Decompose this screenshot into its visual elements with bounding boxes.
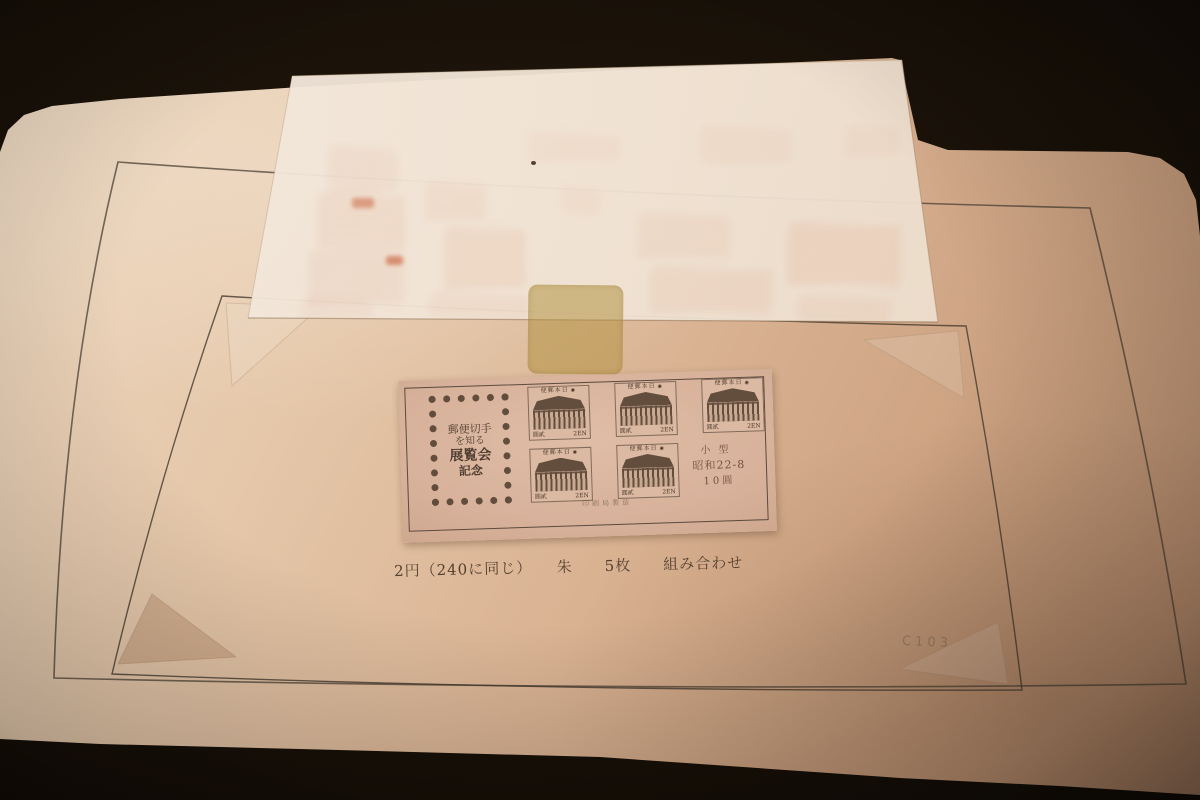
photo-scene: 郵便切手 を知る 展覧会 記念 便郵本日◉ 圓貳2EN 便郵本日◉ 圓貳2EN … (0, 0, 1200, 800)
paper-speck (531, 161, 536, 165)
ghost-print-blob (528, 133, 620, 163)
stamp-emblem-icon: ◉ (573, 448, 579, 456)
ghost-print-blob (560, 188, 602, 214)
ghost-print-blob (798, 298, 890, 322)
stamp: 便郵本日◉ 圓貳2EN (529, 447, 593, 503)
stamp: 便郵本日◉ 圓貳2EN (616, 443, 680, 499)
ghost-print-blob (700, 128, 792, 162)
stamp-building-art (533, 395, 586, 431)
stamp: 便郵本日◉ 圓貳2EN (701, 377, 765, 433)
stamp-emblem-icon: ◉ (660, 444, 666, 452)
stamp-value-right: 2EN (573, 430, 587, 438)
ghost-print-blob (424, 184, 486, 220)
stamp-value-right: 2EN (660, 426, 674, 434)
ghost-print-blob (650, 268, 772, 314)
ghost-print-blob (638, 214, 730, 260)
stamp-emblem-icon: ◉ (658, 382, 664, 390)
sheet-annotation-line: 10圓 (673, 472, 765, 490)
stamp-emblem-icon: ◉ (744, 379, 750, 387)
stamp-building-art (706, 387, 759, 423)
stamp-value-left: 圓貳 (707, 424, 719, 432)
stamp-value-left: 圓貳 (620, 427, 632, 435)
cartouche-line: を知る (455, 435, 485, 448)
stamp-top-inscription: 便郵本日 (628, 383, 656, 392)
ghost-print-mark (352, 198, 374, 208)
stamp-emblem-icon: ◉ (571, 386, 577, 394)
stamp-value-right: 2EN (747, 422, 761, 430)
tape-hinge (528, 285, 624, 375)
stamp-top-inscription: 便郵本日 (714, 379, 742, 388)
ghost-print-mark (386, 256, 403, 265)
ghost-print-blob (430, 294, 530, 318)
ghost-print-blob (788, 224, 900, 286)
stamp-value-left: 圓貳 (533, 431, 545, 439)
stamp-top-inscription: 便郵本日 (630, 445, 658, 454)
cartouche: 郵便切手 を知る 展覧会 記念 (429, 393, 513, 506)
stamp-building-art (621, 453, 674, 489)
stamp: 便郵本日◉ 圓貳2EN (614, 381, 678, 437)
stamp: 便郵本日◉ 圓貳2EN (527, 385, 591, 441)
sheet-annotation: 小型 昭和22-8 10圓 (672, 441, 765, 490)
ghost-print-blob (846, 128, 898, 158)
stamp-building-art (535, 457, 588, 493)
cartouche-line: 記念 (459, 463, 483, 478)
stamp-building-art (619, 391, 672, 427)
cartouche-line: 郵便切手 (447, 422, 491, 436)
cartouche-line: 展覧会 (449, 447, 491, 464)
catalog-mark: C103 (902, 634, 952, 651)
ghost-print-blob (444, 228, 526, 290)
stamp-top-inscription: 便郵本日 (543, 448, 571, 457)
souvenir-sheet: 郵便切手 を知る 展覧会 記念 便郵本日◉ 圓貳2EN 便郵本日◉ 圓貳2EN … (398, 369, 777, 543)
ghost-print-blob (328, 148, 398, 190)
stamp-top-inscription: 便郵本日 (541, 386, 569, 395)
